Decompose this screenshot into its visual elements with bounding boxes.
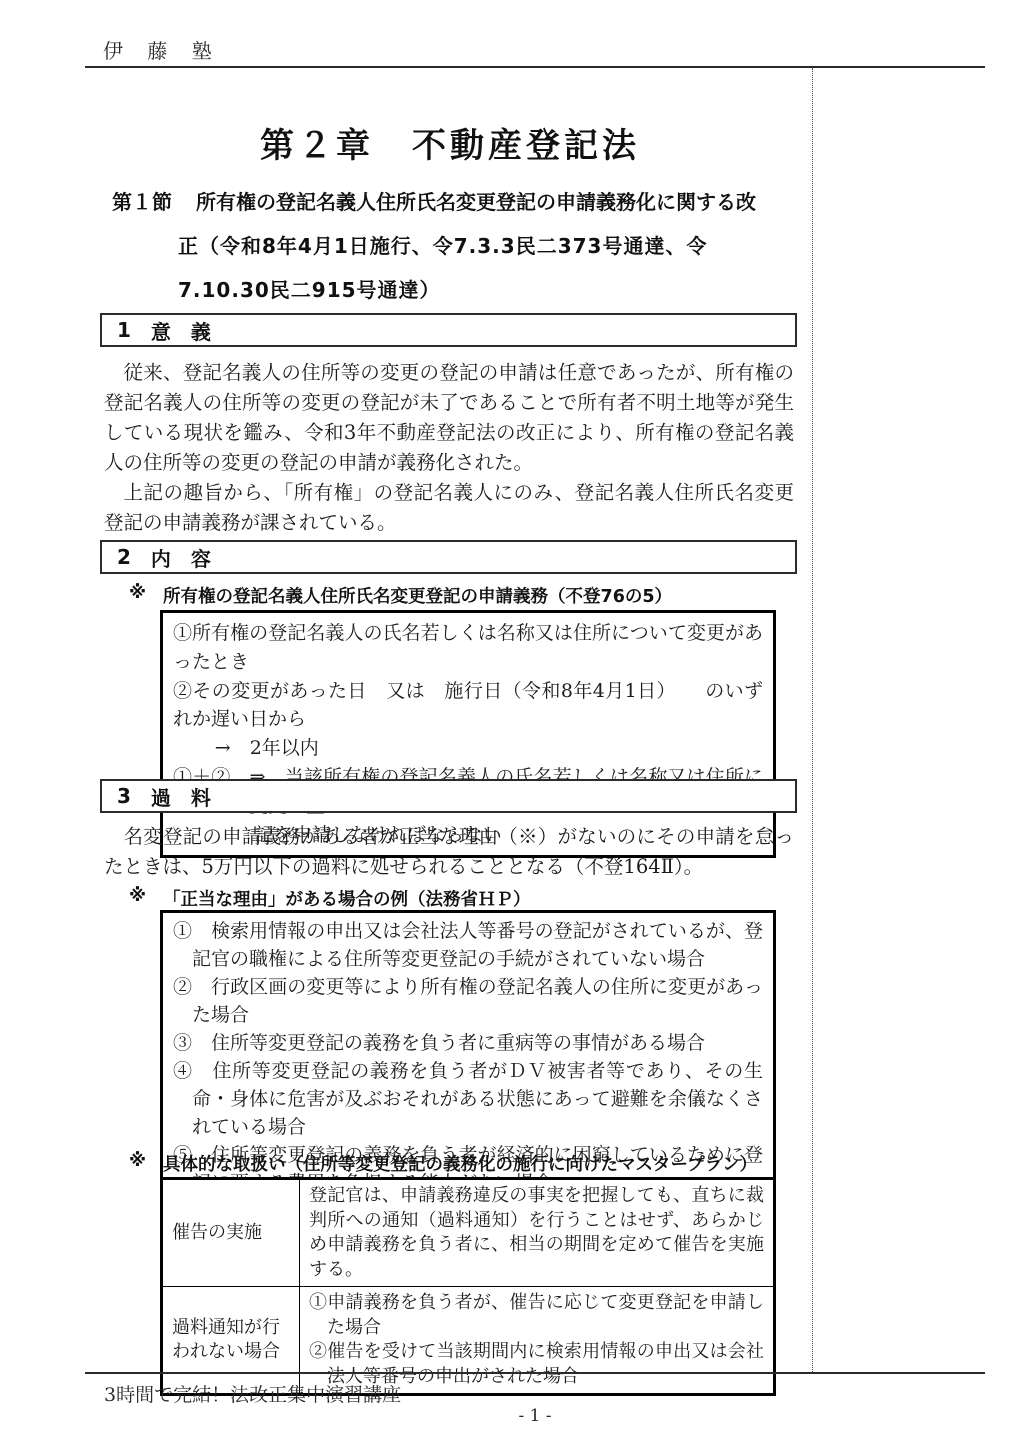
- naiyo-box-line3: → 2年以内: [173, 734, 763, 763]
- heading-number: 3: [117, 784, 131, 808]
- reference-mark: ※: [129, 1151, 146, 1176]
- page-number: - 1 -: [85, 1406, 985, 1426]
- heading-box-karyo: 3 過 料: [100, 779, 797, 813]
- section-heading-line1: 第１節 所有権の登記名義人住所氏名変更登記の申請義務化に関する改: [112, 180, 802, 224]
- heading-box-naiyo: 2 内 容: [100, 540, 797, 574]
- naiyo-box-line1: ①所有権の登記名義人の氏名若しくは名称又は住所について変更があったとき: [173, 619, 763, 677]
- table-cell-content: ①申請義務を負う者が、催告に応じて変更登記を申請した場合 ②催告を受けて当該期間…: [300, 1287, 775, 1395]
- master-plan-table: 催告の実施 登記官は、申請義務違反の事実を把握しても、直ちに裁判所への通知（過料…: [160, 1177, 776, 1396]
- table-content-item-1: ①申請義務を負う者が、催告に応じて変更登記を申請した場合: [309, 1291, 764, 1340]
- reason-item-1: ① 検索用情報の申出又は会社法人等番号の登記がされているが、登記官の職権による住…: [173, 917, 763, 973]
- heading-title: 内 容: [151, 543, 211, 572]
- section-heading: 第１節 所有権の登記名義人住所氏名変更登記の申請義務化に関する改 正（令和8年4…: [112, 180, 802, 312]
- heading-number: 1: [117, 318, 131, 342]
- karyo-paragraphs: 名変登記の申請義務がある者が正当な理由（※）がないのにその申請を怠ったときは、5…: [104, 822, 794, 882]
- header-rule: [85, 66, 985, 68]
- table-row: 催告の実施 登記官は、申請義務違反の事実を把握しても、直ちに裁判所への通知（過料…: [162, 1179, 775, 1287]
- igi-paragraphs: 従来、登記名義人の住所等の変更の登記の申請は任意であったが、所有権の登記名義人の…: [104, 358, 794, 538]
- table-row: 過料通知が行われない場合 ①申請義務を負う者が、催告に応じて変更登記を申請した場…: [162, 1287, 775, 1395]
- reference-mark: ※: [129, 886, 146, 911]
- brand-text: 伊 藤 塾: [103, 35, 221, 64]
- masterplan-note: ※ 具体的な取扱い（住所等変更登記の義務化の施行に向けたマスタープラン）: [129, 1151, 789, 1176]
- karyo-note-text: 「正当な理由」がある場合の例（法務省ＨＰ）: [163, 886, 531, 911]
- margin-divider: [812, 68, 813, 1372]
- karyo-paragraph: 名変登記の申請義務がある者が正当な理由（※）がないのにその申請を怠ったときは、5…: [104, 822, 794, 882]
- footer-course-name: 3時間で完結！法改正集中演習講座: [104, 1380, 401, 1407]
- section-title-text: 所有権の登記名義人住所氏名変更登記の申請義務化に関する改: [196, 180, 756, 224]
- section-heading-line2: 正（令和8年4月1日施行、令7.3.3民二373号通達、令: [178, 224, 802, 268]
- igi-paragraph-1: 従来、登記名義人の住所等の変更の登記の申請は任意であったが、所有権の登記名義人の…: [104, 358, 794, 478]
- igi-paragraph-2: 上記の趣旨から、「所有権」の登記名義人にのみ、登記名義人住所氏名変更登記の申請義…: [104, 478, 794, 538]
- reason-item-3: ③ 住所等変更登記の義務を負う者に重病等の事情がある場合: [173, 1029, 763, 1057]
- heading-number: 2: [117, 545, 131, 569]
- chapter-title: 第２章 不動産登記法: [100, 118, 800, 167]
- masterplan-note-text: 具体的な取扱い（住所等変更登記の義務化の施行に向けたマスタープラン）: [163, 1151, 757, 1176]
- naiyo-box-line2: ②その変更があった日 又は 施行日（令和8年4月1日） のいずれか遅い日から: [173, 677, 763, 735]
- footer-rule: [85, 1372, 985, 1374]
- document-page: 伊 藤 塾 第２章 不動産登記法 第１節 所有権の登記名義人住所氏名変更登記の申…: [0, 0, 1036, 1454]
- table-cell-label: 催告の実施: [162, 1179, 300, 1287]
- naiyo-note: ※ 所有権の登記名義人住所氏名変更登記の申請義務（不登76の5）: [129, 583, 789, 608]
- heading-box-igi: 1 意 義: [100, 313, 797, 347]
- section-label: 第１節: [112, 180, 172, 224]
- section-heading-line3: 7.10.30民二915号通達）: [178, 268, 802, 312]
- heading-title: 意 義: [151, 316, 211, 345]
- karyo-note: ※ 「正当な理由」がある場合の例（法務省ＨＰ）: [129, 886, 789, 911]
- heading-title: 過 料: [151, 782, 211, 811]
- reason-item-4: ④ 住所等変更登記の義務を負う者がＤＶ被害者等であり、その生命・身体に危害が及ぶ…: [173, 1057, 763, 1141]
- reason-item-2: ② 行政区画の変更等により所有権の登記名義人の住所に変更があった場合: [173, 973, 763, 1029]
- table-cell-label: 過料通知が行われない場合: [162, 1287, 300, 1395]
- naiyo-note-text: 所有権の登記名義人住所氏名変更登記の申請義務（不登76の5）: [163, 583, 672, 608]
- reference-mark: ※: [129, 583, 146, 608]
- table-cell-content: 登記官は、申請義務違反の事実を把握しても、直ちに裁判所への通知（過料通知）を行う…: [300, 1179, 775, 1287]
